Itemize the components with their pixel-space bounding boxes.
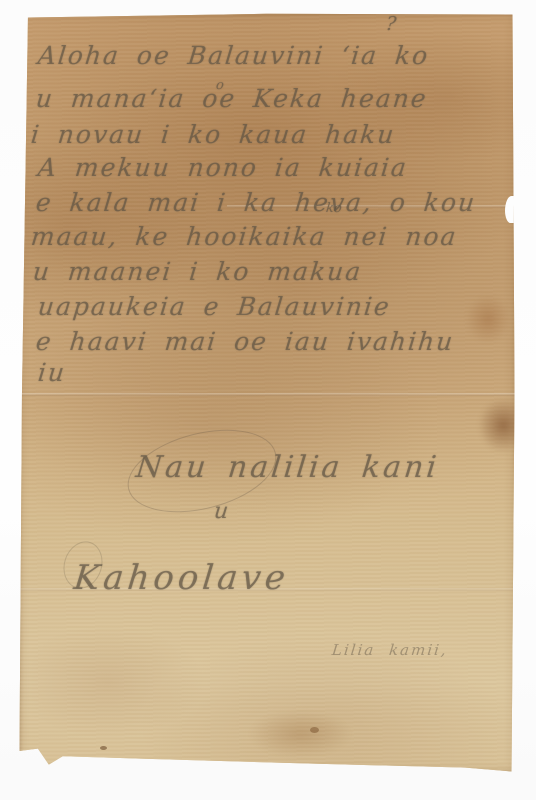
footer-annotation: Lilia kamii, [331,643,448,658]
question-mark-annotation: ? [385,15,397,34]
letter-paper: ? o ko Aloha oe Balauvini ʻia ko u manaʻ… [18,13,515,773]
scanner-background: ? o ko Aloha oe Balauvini ʻia ko u manaʻ… [0,0,536,800]
handwritten-line: i novau i ko kaua haku [30,122,397,147]
fold-crease-middle [18,393,515,396]
signature-line-u: u [213,501,231,523]
handwritten-line: Aloha oe Balauvini ʻia ko [37,43,431,68]
speck-bottom-center [310,727,319,733]
paper-tear-right-edge [505,196,517,223]
handwritten-line: iu [37,360,68,385]
handwritten-line: u manaʻia oe Keka heane [35,86,429,111]
handwritten-line: uapaukeia e Balauvinie [37,294,392,319]
handwritten-line: u maanei i ko makua [32,259,364,284]
handwritten-line: e kala mai i ka heva, o kou [35,190,478,215]
handwritten-line: maau, ke hooikaika nei noa [30,224,459,249]
handwritten-line: A mekuu nono ia kuiaia [37,155,410,180]
signature-line: Nau nalilia kani [134,453,440,483]
place-name: Kahoolave [72,561,291,595]
speck-bottom-left [100,746,107,750]
stain-bottom-center [250,711,350,757]
stain-right-dark [478,398,524,453]
handwritten-line: e haavi mai oe iau ivahihu [35,329,456,354]
stain-right-middle [466,295,510,343]
